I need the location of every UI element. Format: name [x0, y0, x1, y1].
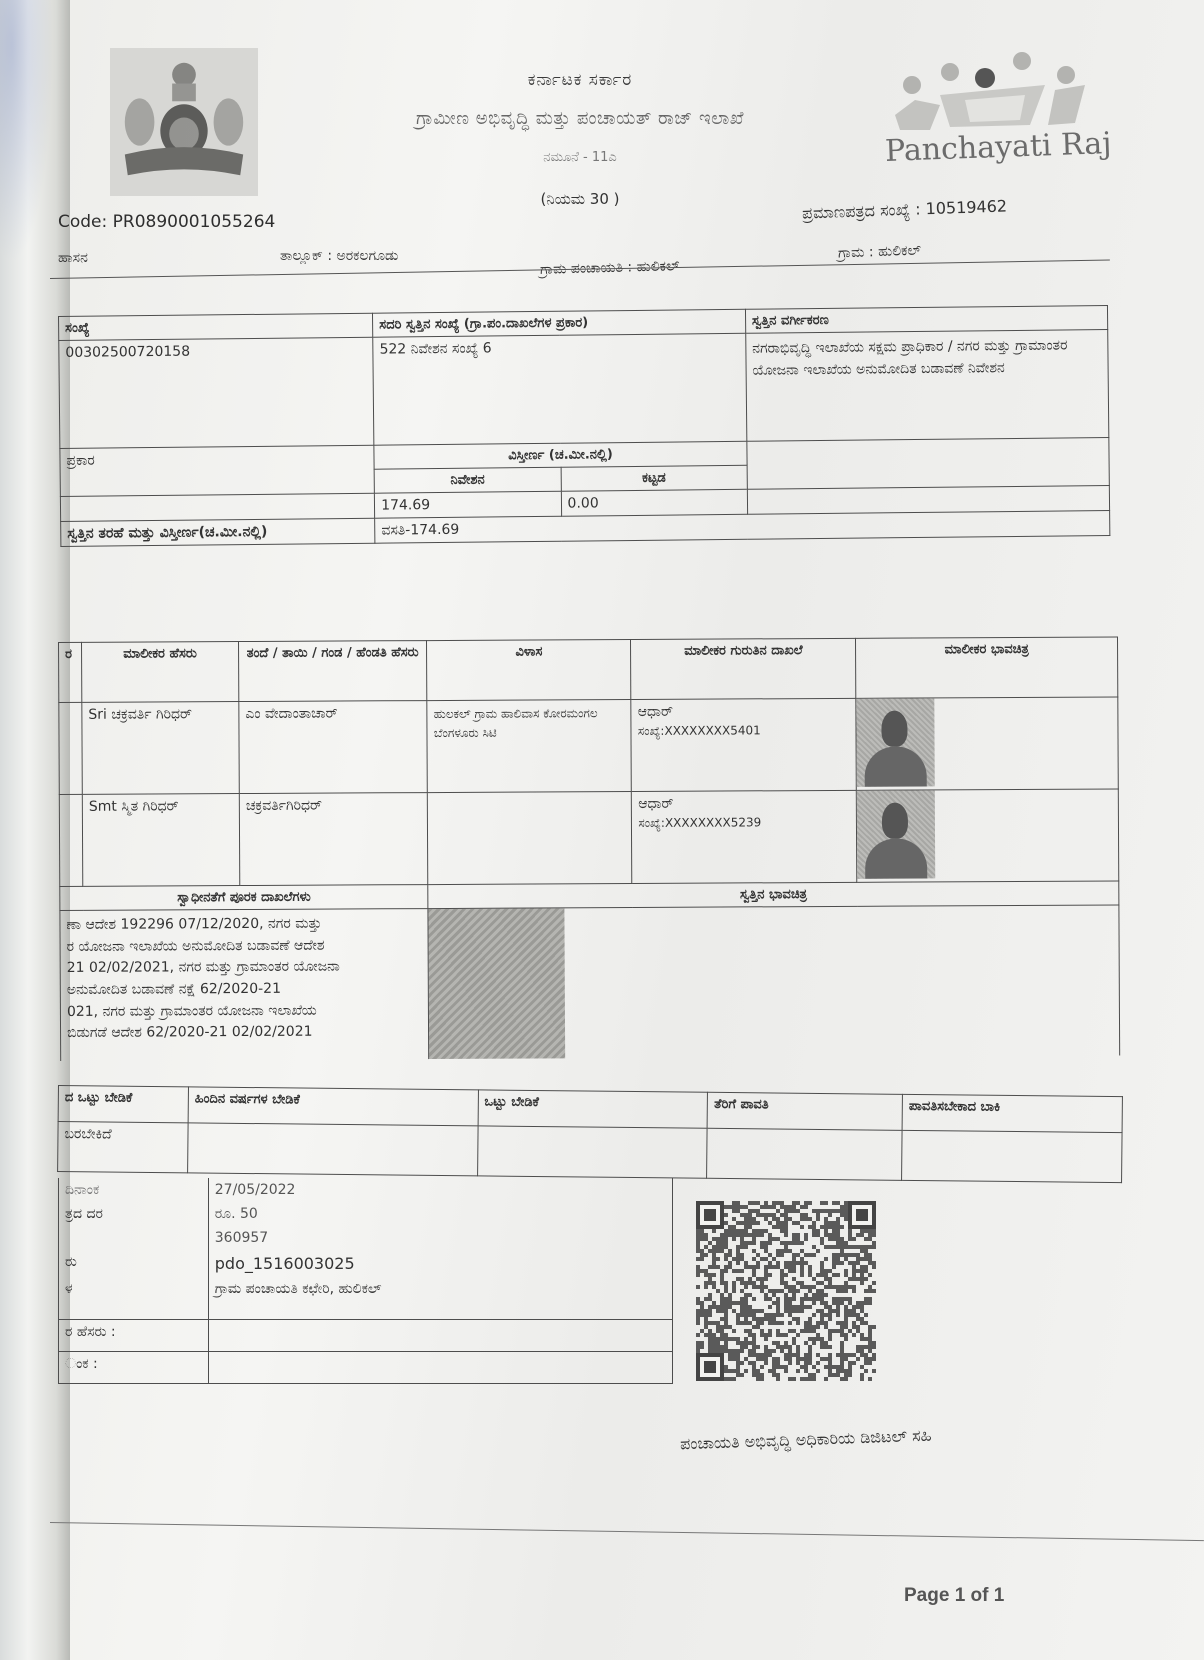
col-relation: ತಂದೆ / ತಾಯಿ / ಗಂಡ / ಹೆಂಡತಿ ಹೆಸರು [238, 641, 427, 702]
owner-name: Smt ಸ್ಮಿತ ಗಿರಿಧರ್ [82, 794, 239, 887]
digital-signature-label: ಪಂಚಾಯತಿ ಅಭಿವೃದ್ಧಿ ಅಧಿಕಾರಿಯ ಡಿಜಿಟಲ್ ಸಹಿ [680, 1426, 932, 1455]
owner-address [428, 791, 633, 884]
col-id-document: ಮಾಲೀಕರ ಗುರುತಿನ ದಾಖಲೆ [631, 638, 856, 699]
owner-name: Sri ಚಕ್ರವರ್ತಿ ಗಿರಿಧರ್ [82, 702, 239, 795]
id-type: ಆಧಾರ್ [638, 703, 850, 720]
district: ಹಾಸನ [58, 250, 88, 266]
col-previous-demand: ಹಿಂದಿನ ವರ್ಷಗಳ ಬೇಡಿಕೆ [188, 1087, 478, 1126]
page-indicator: Page 1 of 1 [904, 1585, 1004, 1607]
footer-divider [50, 1522, 1204, 1541]
owner-relation: ಎಂ ವೇದಾಂತಾಚಾರ್ [239, 701, 428, 794]
qr-code-icon [696, 1200, 876, 1382]
property-id: 00302500720158 [59, 337, 374, 448]
supporting-documents: ಣಾ ಆದೇಶ 192296 07/12/2020, ನಗರ ಮತ್ತು ರ ಯ… [60, 909, 429, 1061]
building-label: ಕಟ್ಟಡ [561, 465, 748, 491]
issue-date: 27/05/2022 [208, 1178, 672, 1202]
col-owner-name: ಮಾಲೀಕರ ಹೆಸರು [82, 642, 239, 703]
col-owner-photo: ಮಾಲೀಕರ ಭಾವಚಿತ್ರ [856, 637, 1118, 698]
government-title: ಕರ್ನಾಟಕ ಸರ್ಕಾರ [270, 70, 890, 90]
table-row: Sri ಚಕ್ರವರ್ತಿ ಗಿರಿಧರ್ ಎಂ ವೇದಾಂತಾಚಾರ್ ಹುಲ… [59, 697, 1118, 795]
id-number: ಸಂಖ್ಯೆ:XXXXXXXX5401 [638, 723, 850, 739]
col-address: ವಿಳಾಸ [427, 640, 631, 701]
col-overall-demand: ಒಟ್ಟು ಬೇಡಿಕೆ [478, 1090, 708, 1128]
site-label: ನಿವೇಶನ [374, 467, 561, 493]
tax-table: ದ ಒಟ್ಟು ಬೇಡಿಕೆ ಹಿಂದಿನ ವರ್ಷಗಳ ಬೇಡಿಕೆ ಒಟ್ಟ… [57, 1085, 1123, 1183]
table-row: ಬರಬೇಕಿದೆ [58, 1122, 1122, 1183]
certificate-code: Code: PR0890001055264 [58, 212, 275, 232]
type-label: ಪ್ರಕಾರ [60, 445, 375, 496]
stamp-mark [0, 0, 60, 300]
karnataka-emblem-icon [110, 48, 258, 196]
building-area: 0.00 [561, 489, 748, 516]
department-title: ಗ್ರಾಮೀಣ ಅಭಿವೃದ್ಧಿ ಮತ್ತು ಪಂಚಾಯತ್ ರಾಜ್ ಇಲಾ… [270, 108, 890, 129]
property-number: 522 ನಿವೇಶನ ಸಂಖ್ಯೆ 6 [373, 333, 747, 445]
owner-address: ಹುಲಕಲ್ ಗ್ರಾಮ ಹಾಲಿವಾಸ ಕೋರಮಂಗಲ ಬೆಂಗಳೂರು ಸಿ… [427, 699, 632, 792]
fee-label: ತ್ರದ ದರ [59, 1202, 209, 1226]
property-classification: ನಗರಾಭಿವೃದ್ಧಿ ಇಲಾಖೆಯ ಸಕ್ಷಮ ಪ್ರಾಧಿಕಾರ / ನಗ… [746, 330, 1109, 442]
id-number: ಸಂಖ್ಯೆ:XXXXXXXX5239 [638, 815, 850, 831]
taluk: ತಾಲ್ಲೂಕ್ : ಅರಕಲಗೂಡು [280, 248, 398, 264]
col-balance-due: ಪಾವತಿಸಬೇಕಾದ ಬಾಕಿ [902, 1094, 1122, 1132]
owner-photo [857, 698, 935, 786]
issue-place: ಗ್ರಾಮ ಪಂಚಾಯತಿ ಕಛೇರಿ, ಹುಲಿಕಲ್ [208, 1277, 672, 1319]
issue-date-label: ದಿನಾಂಕ [59, 1178, 209, 1202]
owner-photo [857, 790, 935, 878]
issue-details-table: ದಿನಾಂಕ27/05/2022 ತ್ರದ ದರರೂ. 50 360957 ರು… [58, 1178, 673, 1384]
table-row: Smt ಸ್ಮಿತ ಗಿರಿಧರ್ ಚಕ್ರವರ್ತಿಗಿರಿಧರ್ ಆಧಾರ್… [59, 789, 1118, 887]
usage-label: ಸ್ವತ್ತಿನ ತರಹೆ ಮತ್ತು ವಿಸ್ತೀರ್ಣ(ಚ.ಮೀ.ನಲ್ಲಿ… [61, 518, 375, 546]
logo-text: Panchayati Raj [884, 126, 1112, 169]
rule-number: (ನಿಯಮ 30 ) [270, 190, 890, 208]
fee-value: ರೂ. 50 [208, 1202, 672, 1226]
receiver-date [208, 1351, 672, 1383]
documents-header: ಸ್ವಾಧೀನತೆಗೆ ಪೂರಕ ದಾಖಲೆಗಳು [60, 885, 428, 911]
site-area: 174.69 [375, 491, 562, 518]
form-number: ನಮೂನೆ - 11ಎ [270, 150, 890, 165]
property-table: ಸಂಖ್ಯೆ ಸದರಿ ಸ್ವತ್ತಿನ ಸಂಖ್ಯೆ (ಗ್ರಾ.ಪಂ.ದಾಖ… [58, 305, 1110, 547]
receipt-number: 360957 [208, 1226, 672, 1250]
col-total-demand: ದ ಒಟ್ಟು ಬೇಡಿಕೆ [58, 1086, 188, 1123]
col-number: ಸಂಖ್ಯೆ [59, 313, 373, 340]
village: ಗ್ರಾಮ : ಹುಲಿಕಲ್ [838, 243, 922, 262]
property-photo [429, 908, 566, 1059]
panchayati-raj-logo-icon: Panchayati Raj [870, 45, 1130, 175]
issuer-id: pdo_1516003025 [208, 1250, 672, 1277]
receiver-name [208, 1319, 672, 1351]
property-photo-header: ಸ್ವತ್ತಿನ ಭಾವಚಿತ್ರ [428, 881, 1119, 909]
certificate-page: ಕರ್ನಾಟಕ ಸರ್ಕಾರ ಗ್ರಾಮೀಣ ಅಭಿವೃದ್ಧಿ ಮತ್ತು ಪ… [70, 0, 1204, 1660]
owner-relation: ಚಕ್ರವರ್ತಿಗಿರಿಧರ್ [239, 793, 428, 886]
col-tax-paid: ತೆರಿಗೆ ಪಾವತಿ [707, 1092, 902, 1130]
id-type: ಆಧಾರ್ [638, 795, 850, 812]
owners-table: ರ ಮಾಲೀಕರ ಹೆಸರು ತಂದೆ / ತಾಯಿ / ಗಂಡ / ಹೆಂಡತ… [58, 636, 1120, 1061]
